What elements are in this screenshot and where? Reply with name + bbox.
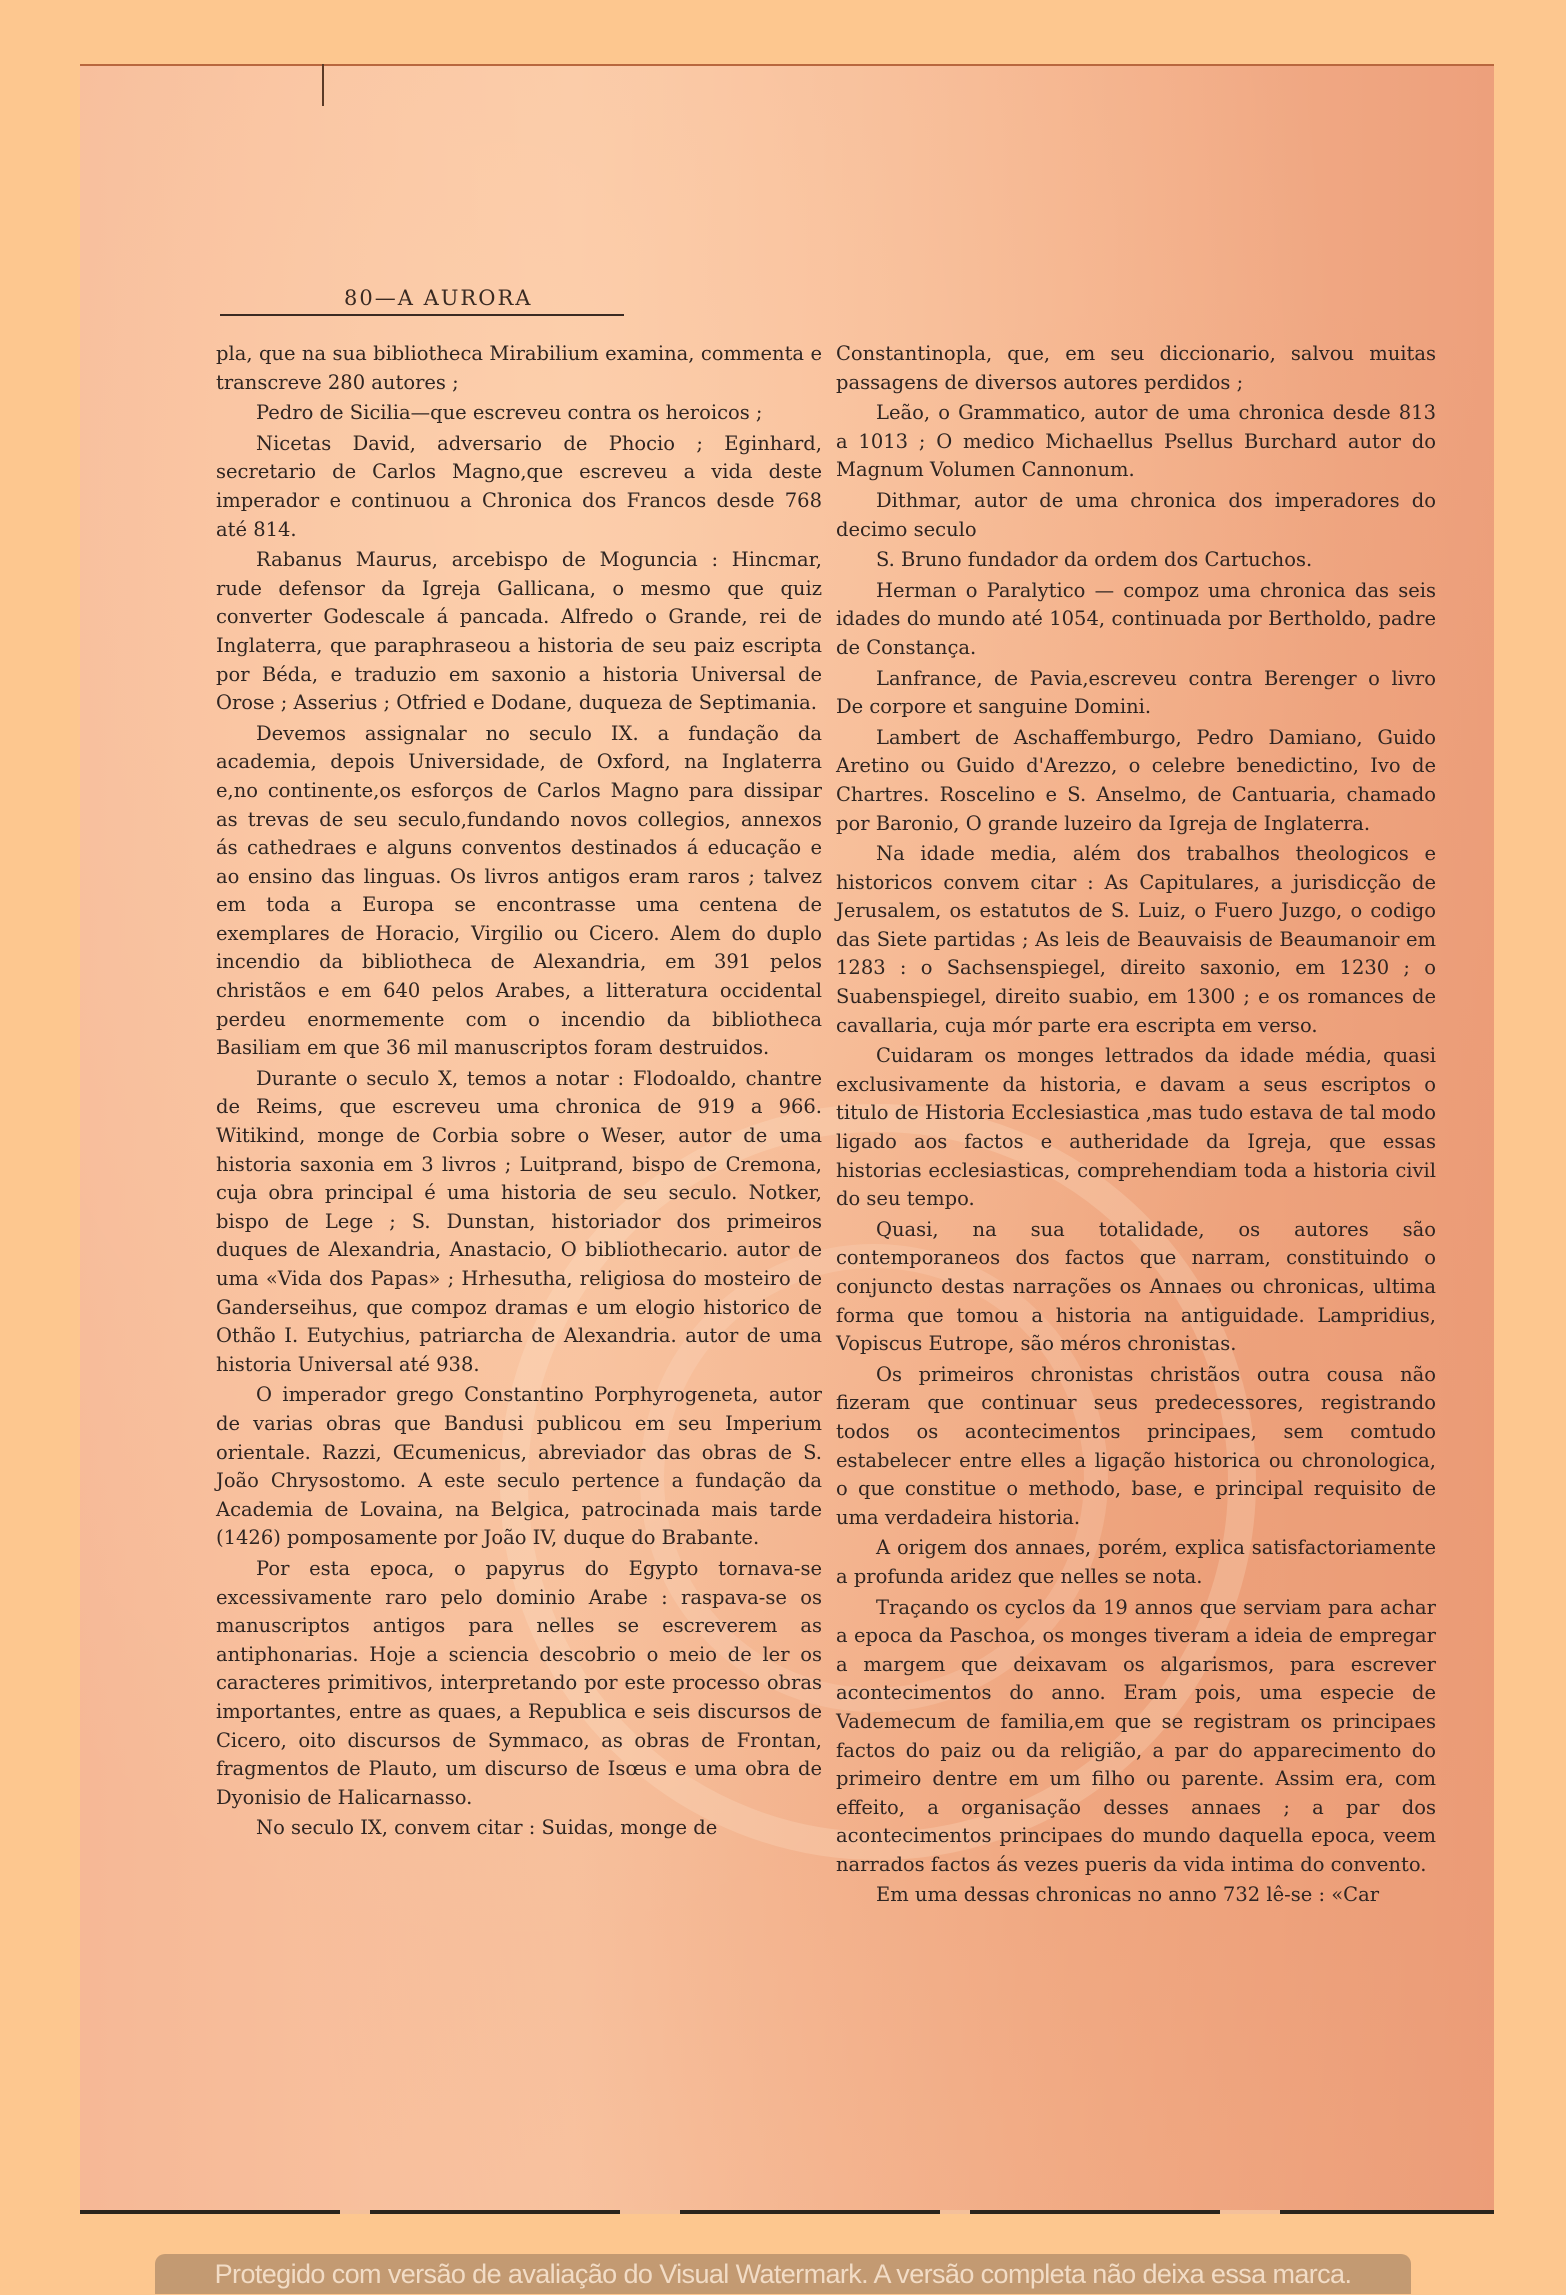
paragraph: O imperador grego Constantino Porphyroge… xyxy=(216,1381,822,1553)
watermark-banner: Protegido com versão de avaliação do Vis… xyxy=(155,2254,1411,2294)
paragraph: Pedro de Sicilia—que escreveu contra os … xyxy=(216,399,822,428)
running-header: 80—A AURORA xyxy=(220,286,624,316)
paragraph: Por esta epoca, o papyrus do Egypto torn… xyxy=(216,1555,822,1812)
paragraph: Durante o seculo X, temos a notar : Flod… xyxy=(216,1065,822,1380)
paragraph: Constantinopla, que, em seu diccionario,… xyxy=(836,340,1436,397)
paragraph: pla, que na sua bibliotheca Mirabilium e… xyxy=(216,340,822,397)
page-torn-bottom-edge xyxy=(80,2210,1494,2214)
paragraph: Herman o Paralytico — compoz uma chronic… xyxy=(836,577,1436,663)
paragraph: A origem dos annaes, porém, explica sati… xyxy=(836,1534,1436,1591)
right-text-column: Constantinopla, que, em seu diccionario,… xyxy=(836,340,1436,1910)
paragraph: Traçando os cyclos da 19 annos que servi… xyxy=(836,1594,1436,1880)
page-number-and-title: 80—A AURORA xyxy=(220,286,624,310)
paragraph: Em uma dessas chronicas no anno 732 lê-s… xyxy=(836,1881,1436,1910)
paragraph: No seculo IX, convem citar : Suidas, mon… xyxy=(216,1814,822,1843)
paragraph: Rabanus Maurus, arcebispo de Moguncia : … xyxy=(216,546,822,718)
paragraph: S. Bruno fundador da ordem dos Cartuchos… xyxy=(836,546,1436,575)
paragraph: Cuidaram os monges lettrados da idade mé… xyxy=(836,1042,1436,1214)
left-text-column: pla, que na sua bibliotheca Mirabilium e… xyxy=(216,340,822,1843)
paragraph: Devemos assignalar no seculo IX. a funda… xyxy=(216,720,822,1063)
scanned-page: 80—A AURORA pla, que na sua bibliotheca … xyxy=(80,64,1494,2214)
paragraph: Leão, o Grammatico, autor de uma chronic… xyxy=(836,399,1436,485)
paragraph: Na idade media, além dos trabalhos theol… xyxy=(836,840,1436,1040)
page-crease-mark xyxy=(322,64,324,106)
paragraph: Lambert de Aschaffemburgo, Pedro Damiano… xyxy=(836,724,1436,838)
paragraph: Quasi, na sua totalidade, os autores são… xyxy=(836,1216,1436,1359)
paragraph: Nicetas David, adversario de Phocio ; Eg… xyxy=(216,430,822,544)
paragraph: Os primeiros chronistas christãos outra … xyxy=(836,1361,1436,1533)
paragraph: Dithmar, autor de uma chronica dos imper… xyxy=(836,487,1436,544)
paragraph: Lanfrance, de Pavia,escreveu contra Bere… xyxy=(836,665,1436,722)
